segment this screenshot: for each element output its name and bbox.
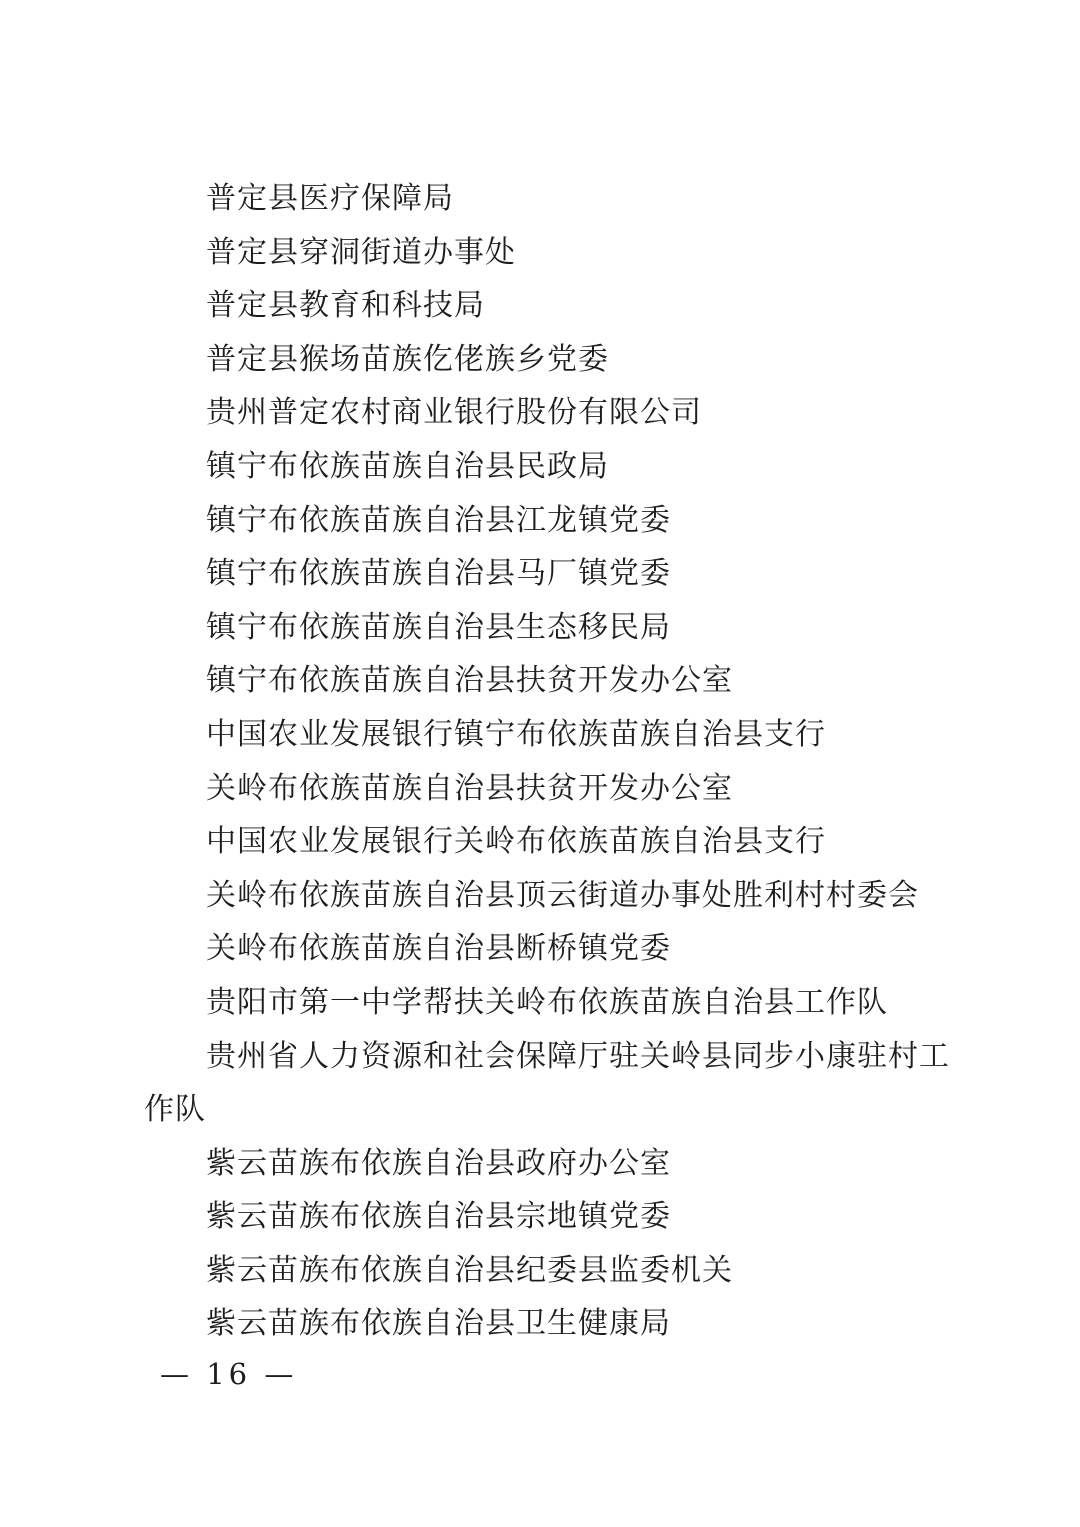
org-name-list: 普定县医疗保障局普定县穿洞街道办事处普定县教育和科技局普定县猴场苗族仡佬族乡党委…: [144, 172, 954, 1351]
org-name-line: 镇宁布依族苗族自治县江龙镇党委: [144, 494, 954, 548]
org-name-line: 中国农业发展银行镇宁布依族苗族自治县支行: [144, 708, 954, 762]
org-name-line: 普定县医疗保障局: [144, 172, 954, 226]
org-name-line: 紫云苗族布依族自治县宗地镇党委: [144, 1190, 954, 1244]
org-name-line: 镇宁布依族苗族自治县民政局: [144, 440, 954, 494]
page-number: — 16 —: [160, 1354, 297, 1394]
org-name-line: 普定县穿洞街道办事处: [144, 226, 954, 280]
org-name-line: 贵州普定农村商业银行股份有限公司: [144, 386, 954, 440]
org-name-line: 普定县教育和科技局: [144, 279, 954, 333]
org-name-line: 紫云苗族布依族自治县纪委县监委机关: [144, 1244, 954, 1298]
org-name-line: 贵州省人力资源和社会保障厅驻关岭县同步小康驻村工: [144, 1030, 954, 1084]
org-name-line: 镇宁布依族苗族自治县马厂镇党委: [144, 547, 954, 601]
org-name-line: 镇宁布依族苗族自治县生态移民局: [144, 601, 954, 655]
org-name-line: 关岭布依族苗族自治县断桥镇党委: [144, 922, 954, 976]
org-name-line: 关岭布依族苗族自治县扶贫开发办公室: [144, 762, 954, 816]
org-name-line: 作队: [144, 1083, 954, 1137]
org-name-line: 紫云苗族布依族自治县卫生健康局: [144, 1297, 954, 1351]
org-name-line: 镇宁布依族苗族自治县扶贫开发办公室: [144, 654, 954, 708]
org-name-line: 中国农业发展银行关岭布依族苗族自治县支行: [144, 815, 954, 869]
org-name-line: 关岭布依族苗族自治县顶云街道办事处胜利村村委会: [144, 869, 954, 923]
org-name-line: 贵阳市第一中学帮扶关岭布依族苗族自治县工作队: [144, 976, 954, 1030]
org-name-line: 普定县猴场苗族仡佬族乡党委: [144, 333, 954, 387]
document-page: 普定县医疗保障局普定县穿洞街道办事处普定县教育和科技局普定县猴场苗族仡佬族乡党委…: [0, 0, 1080, 1527]
org-name-line: 紫云苗族布依族自治县政府办公室: [144, 1137, 954, 1191]
